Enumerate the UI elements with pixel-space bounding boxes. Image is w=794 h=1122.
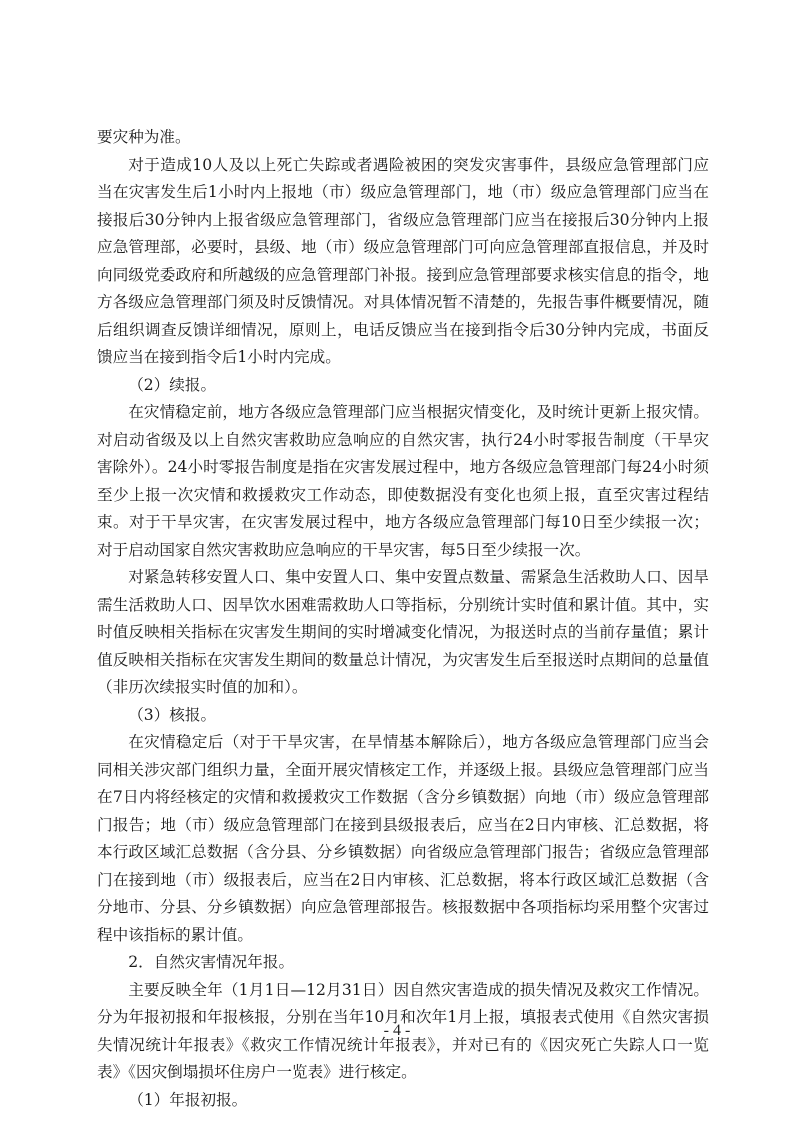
paragraph-continuation: 要灾种为准。 — [97, 124, 709, 152]
paragraph-casualty-reporting: 对于造成10人及以上死亡失踪或者遇险被困的突发灾害事件，县级应急管理部门应当在灾… — [97, 152, 709, 372]
paragraph-follow-up-report: 在灾情稳定前，地方各级应急管理部门应当根据灾情变化，及时统计更新上报灾情。对启动… — [97, 399, 709, 564]
section-heading-annual-report: 2．自然灾害情况年报。 — [97, 949, 709, 977]
paragraph-indicators: 对紧急转移安置人口、集中安置人口、集中安置点数量、需紧急生活救助人口、因旱需生活… — [97, 564, 709, 702]
paragraph-verification-report: 在灾情稳定后（对于干旱灾害，在旱情基本解除后），地方各级应急管理部门应当会同相关… — [97, 729, 709, 949]
page-number: - 4 - — [0, 1022, 794, 1040]
document-page: 要灾种为准。 对于造成10人及以上死亡失踪或者遇险被困的突发灾害事件，县级应急管… — [97, 124, 709, 1114]
section-heading-verification-report: （3）核报。 — [97, 702, 709, 730]
section-heading-follow-up-report: （2）续报。 — [97, 372, 709, 400]
section-heading-annual-preliminary: （1）年报初报。 — [97, 1087, 709, 1115]
